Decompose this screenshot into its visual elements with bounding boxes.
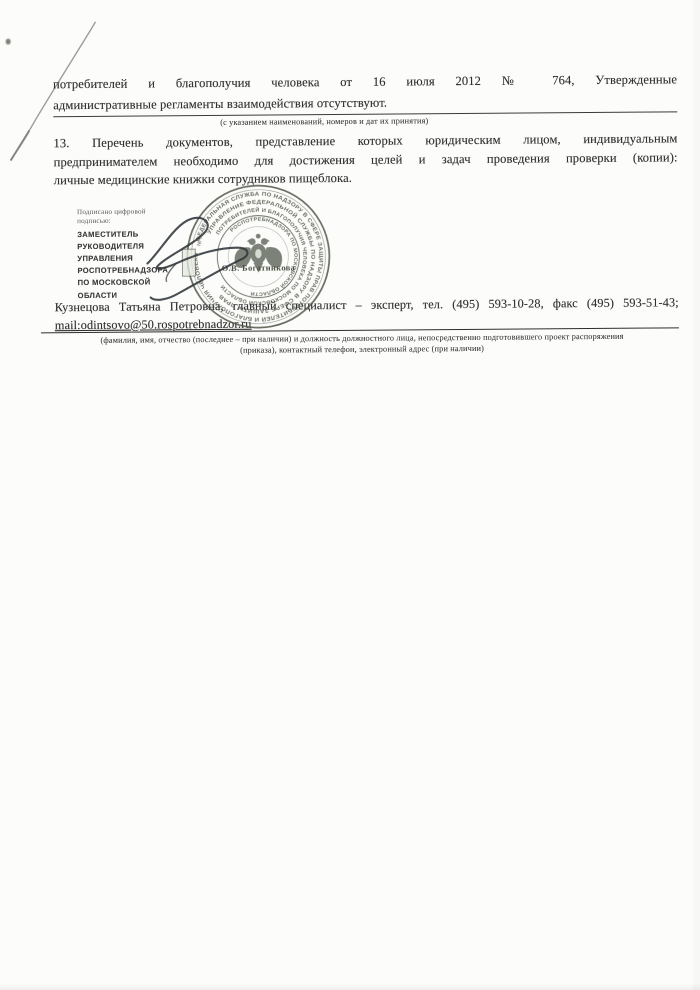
item13-line3: личные медицинские книжки сотрудников пи… bbox=[54, 167, 678, 190]
scan-bottom-shadow bbox=[0, 983, 700, 990]
handwritten-signature bbox=[120, 200, 311, 321]
scanned-document-page: потребителей и благополучия человека от … bbox=[0, 0, 700, 990]
caption-bottom: (фамилия, имя, отчество (последнее – при… bbox=[50, 331, 674, 357]
caption-top: (с указанием наименований, номеров и дат… bbox=[74, 115, 574, 130]
scan-right-shadow bbox=[693, 0, 700, 990]
paragraph-top-line2: административные регламенты взаимодейств… bbox=[53, 90, 677, 117]
scan-speck bbox=[6, 39, 11, 45]
item13-paragraph: 13. Перечень документов, представление к… bbox=[53, 129, 677, 190]
paragraph-top: потребителей и благополучия человека от … bbox=[53, 69, 677, 117]
page-content: потребителей и благополучия человека от … bbox=[0, 0, 700, 990]
